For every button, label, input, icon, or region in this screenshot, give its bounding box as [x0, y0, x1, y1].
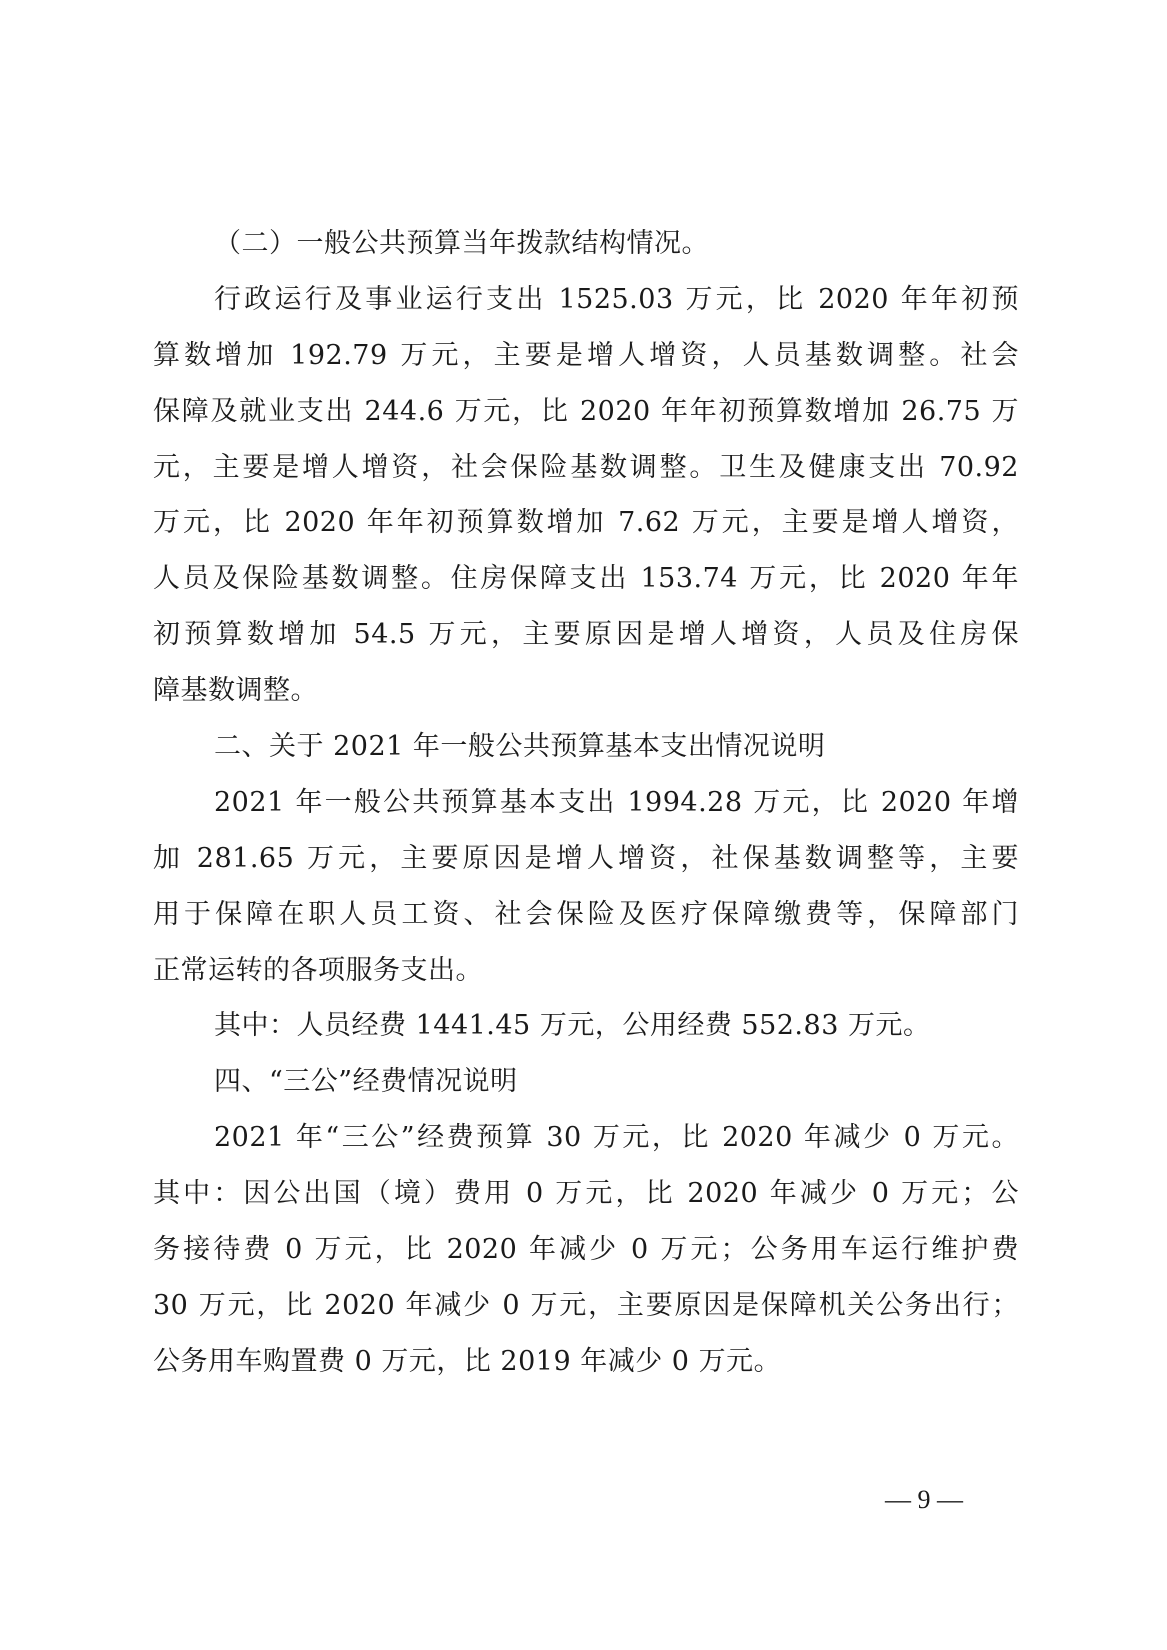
document-page: （二）一般公共预算当年拨款结构情况。 行政运行及事业运行支出 1525.03 万…	[0, 0, 1167, 1650]
paragraph-line: 保障及就业支出 244.6 万元，比 2020 年年初预算数增加 26.75 万	[153, 384, 1019, 440]
paragraph-line: 务接待费 0 万元，比 2020 年减少 0 万元；公务用车运行维护费	[153, 1222, 1019, 1278]
subsection-heading: （二）一般公共预算当年拨款结构情况。	[153, 216, 1019, 272]
paragraph-line: 2021 年“三公”经费预算 30 万元，比 2020 年减少 0 万元。	[153, 1110, 1019, 1166]
paragraph-line: 正常运转的各项服务支出。	[153, 943, 1019, 999]
paragraph-line: 30 万元，比 2020 年减少 0 万元，主要原因是保障机关公务出行；	[153, 1278, 1019, 1334]
paragraph-line: 其中：人员经费 1441.45 万元，公用经费 552.83 万元。	[153, 998, 1019, 1054]
section-heading: 二、关于 2021 年一般公共预算基本支出情况说明	[153, 719, 1019, 775]
paragraph-line: 加 281.65 万元，主要原因是增人增资，社保基数调整等，主要	[153, 831, 1019, 887]
paragraph-line: 2021 年一般公共预算基本支出 1994.28 万元，比 2020 年增	[153, 775, 1019, 831]
paragraph-line: 障基数调整。	[153, 663, 1019, 719]
section-heading: 四、“三公”经费情况说明	[153, 1054, 1019, 1110]
paragraph-line: 公务用车购置费 0 万元，比 2019 年减少 0 万元。	[153, 1334, 1019, 1390]
paragraph-line: 万元，比 2020 年年初预算数增加 7.62 万元，主要是增人增资，	[153, 495, 1019, 551]
paragraph-line: 元，主要是增人增资，社会保险基数调整。卫生及健康支出 70.92	[153, 440, 1019, 496]
paragraph-line: 行政运行及事业运行支出 1525.03 万元，比 2020 年年初预	[153, 272, 1019, 328]
paragraph-line: 用于保障在职人员工资、社会保险及医疗保障缴费等，保障部门	[153, 887, 1019, 943]
paragraph-line: 人员及保险基数调整。住房保障支出 153.74 万元，比 2020 年年	[153, 551, 1019, 607]
page-number: — 9 —	[885, 1485, 963, 1515]
paragraph-line: 算数增加 192.79 万元，主要是增人增资，人员基数调整。社会	[153, 328, 1019, 384]
paragraph-line: 其中：因公出国（境）费用 0 万元，比 2020 年减少 0 万元；公	[153, 1166, 1019, 1222]
paragraph-line: 初预算数增加 54.5 万元，主要原因是增人增资，人员及住房保	[153, 607, 1019, 663]
document-body: （二）一般公共预算当年拨款结构情况。 行政运行及事业运行支出 1525.03 万…	[153, 216, 1019, 1390]
